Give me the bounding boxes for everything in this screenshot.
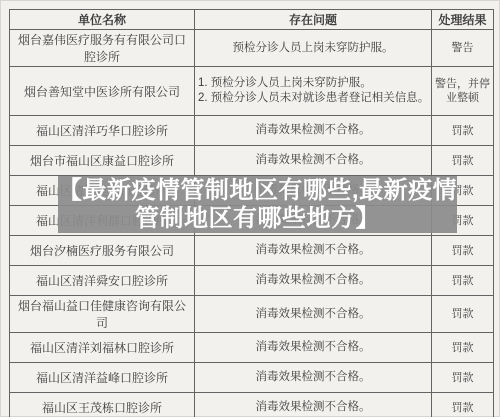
result-cell: 罚款 <box>432 236 494 266</box>
table-header: 单位名称 存在问题 处理结果 <box>10 10 494 30</box>
table-row: 福山区清洋舜安口腔诊所消毒效果检测不合格。罚款 <box>10 266 494 296</box>
problem-line: 消毒效果检测不合格。 <box>256 243 371 258</box>
unit-name-cell: 烟台善知堂中医诊所有限公司 <box>10 67 195 116</box>
table-row: 烟台市福山区康益口腔诊所消毒效果检测不合格。罚款 <box>10 146 494 176</box>
result-cell: 罚款 <box>432 393 494 417</box>
problem-line: 2. 预检分诊人员未对就诊患者登记相关信息。 <box>198 91 429 106</box>
problem-line: 消毒效果检测不合格。 <box>256 340 371 355</box>
problem-lines: 消毒效果检测不合格。 <box>256 273 371 288</box>
table-row: 福山区王茂栋口腔诊所消毒效果检测不合格。罚款 <box>10 393 494 417</box>
watermark-overlay: 【最新疫情管制地区有哪些,最新疫情 管制地区有哪些地方】 <box>58 176 457 233</box>
problem-cell: 消毒效果检测不合格。 <box>195 116 432 146</box>
watermark-text-line-1: 【最新疫情管制地区有哪些,最新疫情 <box>58 177 457 205</box>
problem-line: 消毒效果检测不合格。 <box>256 370 371 385</box>
problem-cell: 预检分诊人员上岗未穿防护服。 <box>195 30 432 67</box>
result-cell: 罚款 <box>432 146 494 176</box>
problem-cell: 消毒效果检测不合格。 <box>195 333 432 363</box>
page-background: 单位名称 存在问题 处理结果 烟台嘉伟医疗服务有有限公司口腔诊所预检分诊人员上岗… <box>0 0 500 417</box>
problem-lines: 1. 预检分诊人员上岗未穿防护服。2. 预检分诊人员未对就诊患者登记相关信息。 <box>198 76 429 106</box>
unit-name-cell: 福山区清洋益峰口腔诊所 <box>10 363 195 393</box>
problem-lines: 消毒效果检测不合格。 <box>256 243 371 258</box>
result-cell: 罚款 <box>432 333 494 363</box>
problem-cell: 消毒效果检测不合格。 <box>195 296 432 333</box>
result-cell: 罚款 <box>432 116 494 146</box>
column-header-unit-name: 单位名称 <box>10 10 195 30</box>
unit-name-cell: 福山区清洋刘福林口腔诊所 <box>10 333 195 363</box>
problem-line: 消毒效果检测不合格。 <box>256 400 371 415</box>
result-cell: 罚款 <box>432 296 494 333</box>
problem-cell: 消毒效果检测不合格。 <box>195 363 432 393</box>
unit-name-cell: 烟台汐楠医疗服务有限公司 <box>10 236 195 266</box>
watermark-text-line-2: 管制地区有哪些地方】 <box>135 205 380 233</box>
column-header-result: 处理结果 <box>432 10 494 30</box>
problem-line: 消毒效果检测不合格。 <box>256 123 371 138</box>
table-row: 烟台汐楠医疗服务有限公司消毒效果检测不合格。罚款 <box>10 236 494 266</box>
problem-cell: 消毒效果检测不合格。 <box>195 266 432 296</box>
result-cell: 罚款 <box>432 266 494 296</box>
problem-lines: 消毒效果检测不合格。 <box>256 340 371 355</box>
result-cell: 警告 <box>432 30 494 67</box>
unit-name-cell: 烟台市福山区康益口腔诊所 <box>10 146 195 176</box>
table-row: 烟台嘉伟医疗服务有有限公司口腔诊所预检分诊人员上岗未穿防护服。警告 <box>10 30 494 67</box>
problem-lines: 消毒效果检测不合格。 <box>256 123 371 138</box>
problem-cell: 1. 预检分诊人员上岗未穿防护服。2. 预检分诊人员未对就诊患者登记相关信息。 <box>195 67 432 116</box>
problem-line: 1. 预检分诊人员上岗未穿防护服。 <box>198 76 429 91</box>
unit-name-cell: 福山区清洋舜安口腔诊所 <box>10 266 195 296</box>
result-cell: 警告，并停业整顿 <box>432 67 494 116</box>
problem-lines: 消毒效果检测不合格。 <box>256 307 371 322</box>
problem-lines: 预检分诊人员上岗未穿防护服。 <box>233 41 394 56</box>
table-row: 烟台善知堂中医诊所有限公司1. 预检分诊人员上岗未穿防护服。2. 预检分诊人员未… <box>10 67 494 116</box>
column-header-problems: 存在问题 <box>195 10 432 30</box>
table-row: 福山区清洋巧华口腔诊所消毒效果检测不合格。罚款 <box>10 116 494 146</box>
problem-lines: 消毒效果检测不合格。 <box>256 370 371 385</box>
header-row: 单位名称 存在问题 处理结果 <box>10 10 494 30</box>
table-row: 福山区清洋刘福林口腔诊所消毒效果检测不合格。罚款 <box>10 333 494 363</box>
problem-line: 预检分诊人员上岗未穿防护服。 <box>233 41 394 56</box>
problem-cell: 消毒效果检测不合格。 <box>195 236 432 266</box>
problem-lines: 消毒效果检测不合格。 <box>256 153 371 168</box>
unit-name-cell: 福山区清洋巧华口腔诊所 <box>10 116 195 146</box>
problem-lines: 消毒效果检测不合格。 <box>256 400 371 415</box>
result-cell: 罚款 <box>432 363 494 393</box>
unit-name-cell: 烟台福山益口佳健康咨询有限公司 <box>10 296 195 333</box>
problem-cell: 消毒效果检测不合格。 <box>195 393 432 417</box>
unit-name-cell: 福山区王茂栋口腔诊所 <box>10 393 195 417</box>
table-row: 烟台福山益口佳健康咨询有限公司消毒效果检测不合格。罚款 <box>10 296 494 333</box>
unit-name-cell: 烟台嘉伟医疗服务有有限公司口腔诊所 <box>10 30 195 67</box>
problem-cell: 消毒效果检测不合格。 <box>195 146 432 176</box>
problem-line: 消毒效果检测不合格。 <box>256 153 371 168</box>
problem-line: 消毒效果检测不合格。 <box>256 273 371 288</box>
problem-line: 消毒效果检测不合格。 <box>256 307 371 322</box>
table-row: 福山区清洋益峰口腔诊所消毒效果检测不合格。罚款 <box>10 363 494 393</box>
